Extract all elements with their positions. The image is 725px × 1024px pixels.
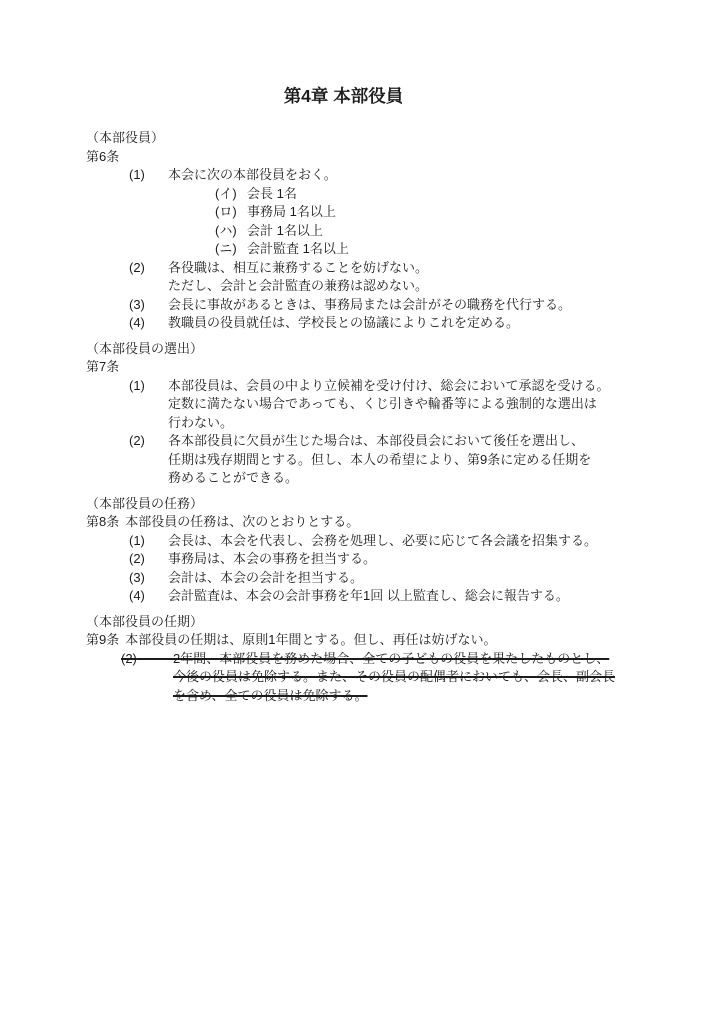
item-continuation: 務めることができる。 — [168, 469, 645, 488]
section-election: （本部役員の選出） 第7条 (1)本部役員は、会員の中より立候補を受け付け、総会… — [86, 340, 645, 488]
item-text: 2年間、本部役員を務めた場合、全ての子どもの役員を果たしたものとし、 — [173, 651, 609, 666]
section-heading: （本部役員の任務） — [86, 495, 645, 514]
item-text: 会計監査は、本会の会計事務を年1回 以上監査し、総会に報告する。 — [168, 588, 569, 603]
document-page: 第4章 本部役員 （本部役員） 第6条 (1)本会に次の本部役員をおく。 (イ)… — [0, 0, 725, 1024]
item-marker: (3) — [129, 296, 168, 315]
subitem-marker: (ロ) — [215, 203, 247, 222]
sub-list-item: (イ)会長 1名 — [86, 185, 645, 204]
article-number: 第7条 — [86, 358, 645, 377]
item-marker: (2) — [129, 550, 168, 569]
list-item: (3)会長に事故があるときは、事務局または会計がその職務を代行する。 — [86, 296, 645, 315]
article-number: 第6条 — [86, 148, 645, 167]
item-continuation: 任期は残存期間とする。但し、本人の希望により、第9条に定める任期を — [168, 451, 645, 470]
subitem-text: 会長 1名 — [247, 186, 297, 201]
item-marker: (2) — [121, 651, 137, 666]
section-duties: （本部役員の任務） 第8条本部役員の任務は、次のとおりとする。 (1)会長は、本… — [86, 495, 645, 606]
sub-list-item: (ニ)会計監査 1名以上 — [86, 240, 645, 259]
list-item: (4)会計監査は、本会の会計事務を年1回 以上監査し、総会に報告する。 — [86, 587, 645, 606]
item-marker: (2) — [129, 432, 168, 451]
list-item: (4)教職員の役員就任は、学校長との協議によりこれを定める。 — [86, 314, 645, 333]
struck-continuation: 今後の役員は免除する。また、その役員の配偶者においても、会長、副会長 — [173, 668, 645, 687]
article-number: 第9条 — [86, 632, 119, 647]
article-row: 第8条本部役員の任務は、次のとおりとする。 — [86, 513, 645, 532]
item-marker: (1) — [129, 532, 168, 551]
article-text: 本部役員の任期は、原則1年間とする。但し、再任は妨げない。 — [125, 632, 496, 647]
item-text: 各本部役員に欠員が生じた場合は、本部役員会において後任を選出し、 — [168, 433, 584, 448]
item-text: 会長に事故があるときは、事務局または会計がその職務を代行する。 — [168, 297, 571, 312]
list-item: (1)本部役員は、会員の中より立候補を受け付け、総会において承認を受ける。 — [86, 377, 645, 396]
list-item: (1)会長は、本会を代表し、会務を処理し、必要に応じて各会議を招集する。 — [86, 532, 645, 551]
subitem-marker: (ニ) — [215, 240, 247, 259]
section-heading: （本部役員の任期） — [86, 613, 645, 632]
section-heading: （本部役員） — [86, 129, 645, 148]
item-marker: (1) — [129, 166, 168, 185]
list-item: (2)各役職は、相互に兼務することを妨げない。 — [86, 259, 645, 278]
item-marker: (3) — [129, 569, 168, 588]
item-text: 事務局は、本会の事務を担当する。 — [168, 551, 376, 566]
article-row: 第9条本部役員の任期は、原則1年間とする。但し、再任は妨げない。 — [86, 631, 645, 650]
sub-list-item: (ロ)事務局 1名以上 — [86, 203, 645, 222]
item-marker: (2) — [129, 259, 168, 278]
list-item: (3)会計は、本会の会計を担当する。 — [86, 569, 645, 588]
article-text: 本部役員の任務は、次のとおりとする。 — [125, 514, 359, 529]
item-continuation: 定数に満たない場合であっても、くじ引きや輪番等による強制的な選出は — [168, 395, 645, 414]
item-continuation: 行わない。 — [168, 414, 645, 433]
subitem-text: 会計 1名以上 — [247, 223, 323, 238]
item-text: 各役職は、相互に兼務することを妨げない。 — [168, 260, 428, 275]
chapter-title: 第4章 本部役員 — [64, 84, 623, 108]
item-text: 会計は、本会の会計を担当する。 — [168, 570, 363, 585]
subitem-marker: (イ) — [215, 185, 247, 204]
item-text: 本部役員は、会員の中より立候補を受け付け、総会において承認を受ける。 — [168, 378, 609, 393]
item-text: 会長は、本会を代表し、会務を処理し、必要に応じて各会議を招集する。 — [168, 533, 597, 548]
subitem-text: 会計監査 1名以上 — [247, 241, 349, 256]
item-marker: (4) — [129, 587, 168, 606]
sub-list-item: (ハ)会計 1名以上 — [86, 222, 645, 241]
article-number: 第8条 — [86, 514, 119, 529]
section-term: （本部役員の任期） 第9条本部役員の任期は、原則1年間とする。但し、再任は妨げな… — [86, 613, 645, 706]
list-item: (2)事務局は、本会の事務を担当する。 — [86, 550, 645, 569]
subitem-marker: (ハ) — [215, 222, 247, 241]
list-item: (1)本会に次の本部役員をおく。 — [86, 166, 645, 185]
section-officers: （本部役員） 第6条 (1)本会に次の本部役員をおく。 (イ)会長 1名 (ロ)… — [86, 129, 645, 333]
strike-gap — [137, 651, 173, 666]
subitem-text: 事務局 1名以上 — [247, 204, 336, 219]
list-item: (2)各本部役員に欠員が生じた場合は、本部役員会において後任を選出し、 — [86, 432, 645, 451]
item-text: 教職員の役員就任は、学校長との協議によりこれを定める。 — [168, 315, 519, 330]
section-heading: （本部役員の選出） — [86, 340, 645, 359]
item-marker: (4) — [129, 314, 168, 333]
item-marker: (1) — [129, 377, 168, 396]
item-text: 本会に次の本部役員をおく。 — [168, 167, 337, 182]
struck-continuation: を含め、全ての役員は免除する。 — [173, 687, 645, 706]
struck-item-line: (2) 2年間、本部役員を務めた場合、全ての子どもの役員を果たしたものとし、 — [86, 650, 645, 669]
item-continuation: ただし、会計と会計監査の兼務は認めない。 — [168, 277, 645, 296]
